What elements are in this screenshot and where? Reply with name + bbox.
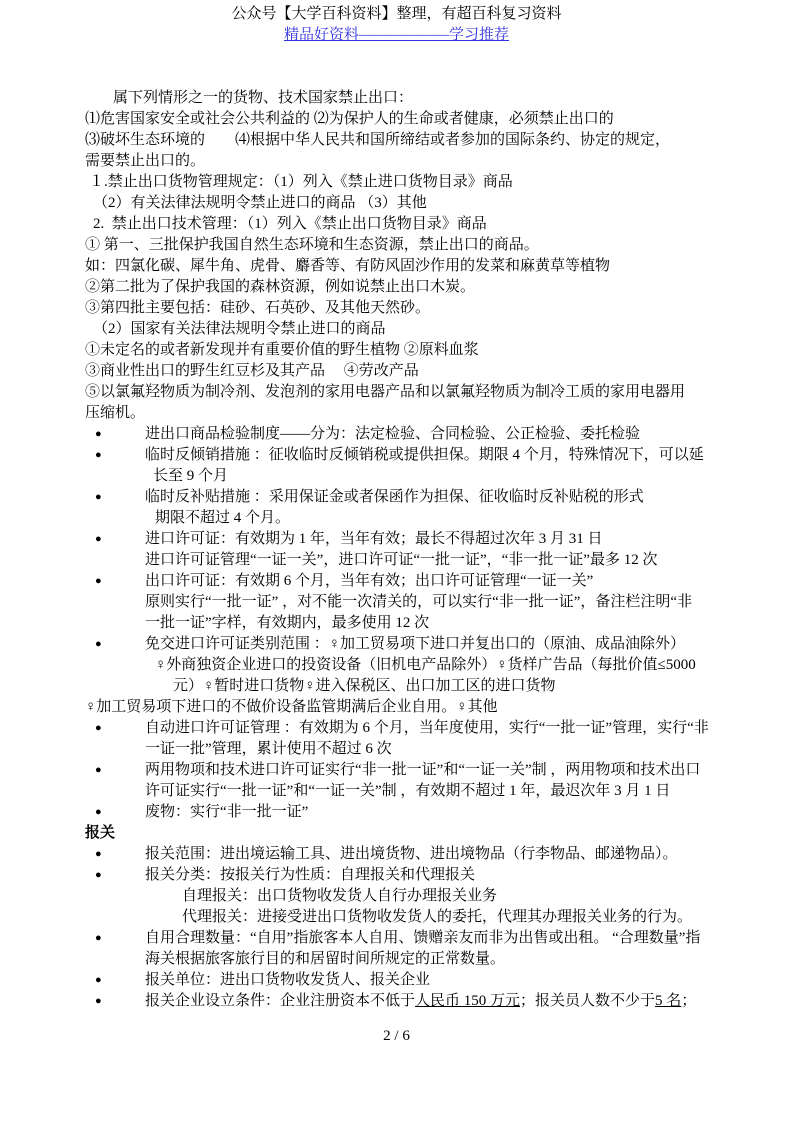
text-line: ●两用物项和技术进口许可证实行“非一批一证”和“一证一关”制 ，两用物项和技术出… bbox=[85, 760, 765, 781]
text-segment: 代理报关：进接受进出口货物收发货人的委托，代理其办理报关业务的行为。 bbox=[182, 909, 692, 925]
page-footer: 2 / 6 bbox=[0, 1026, 793, 1046]
text-line: 期限不超过 4 个月。 bbox=[85, 508, 765, 529]
text-segment: 免交进口许可证类别范围 ：♀加工贸易项下进口并复出口的（原油、成品油除外） bbox=[145, 636, 685, 652]
text-segment: 压缩机。 bbox=[85, 405, 145, 421]
text-segment: 进出口商品检验制度——分为：法定检验、合同检验、公正检验、委托检验 bbox=[145, 426, 640, 442]
text-line: ③第四批主要包括：硅砂、石英砂、及其他天然砂。 bbox=[85, 298, 765, 319]
text-line: ⑶破坏生态环境的 ⑷根据中华人民共和国所缔结或者参加的国际条约、协定的规定， bbox=[85, 130, 765, 151]
text-line: 原则实行“一批一证” ，对不能一次清关的，可以实行“非一批一证”，备注栏注明“非 bbox=[85, 592, 765, 613]
text-line: 自理报关：出口货物收发货人自行办理报关业务 bbox=[85, 886, 765, 907]
text-line: 报关 bbox=[85, 823, 765, 844]
bullet-icon: ● bbox=[95, 802, 145, 823]
text-segment: ♀外商独资企业进口的投资设备（旧机电产品除外）♀货样广告品（每批价值≤5000 bbox=[155, 657, 696, 673]
text-line: 如：四氯化碳、犀牛角、虎骨、麝香等、有防风固沙作用的发菜和麻黄草等植物 bbox=[85, 256, 765, 277]
text-segment: （2）有关法律法规明令禁止进口的商品 （3）其他 bbox=[93, 195, 427, 211]
bullet-icon: ● bbox=[95, 571, 145, 592]
text-line: 压缩机。 bbox=[85, 403, 765, 424]
text-segment: 报关企业设立条件：企业注册资本不低于 bbox=[145, 993, 415, 1009]
bullet-icon: ● bbox=[95, 424, 145, 445]
text-line: 海关根据旅客旅行目的和居留时间所规定的正常数量。 bbox=[85, 949, 765, 970]
bullet-icon: ● bbox=[95, 760, 145, 781]
text-line: 属下列情形之一的货物、技术国家禁止出口： bbox=[85, 88, 765, 109]
text-line: ●免交进口许可证类别范围 ：♀加工贸易项下进口并复出口的（原油、成品油除外） bbox=[85, 634, 765, 655]
text-line: （2）有关法律法规明令禁止进口的商品 （3）其他 bbox=[85, 193, 765, 214]
text-segment: 5 名 bbox=[655, 993, 681, 1009]
text-segment: 一证一批”管理，累计使用不超过 6 次 bbox=[145, 741, 392, 757]
header-link[interactable]: 精品好资料——————学习推荐 bbox=[284, 25, 509, 46]
text-segment: （2）国家有关法律法规明令禁止进口的商品 bbox=[93, 321, 386, 337]
text-segment: 两用物项和技术进口许可证实行“非一批一证”和“一证一关”制 ，两用物项和技术出口 bbox=[145, 762, 700, 778]
text-segment: 需要禁止出口的。 bbox=[85, 153, 205, 169]
bullet-icon: ● bbox=[95, 928, 145, 949]
text-segment: 自动进口许可证管理 ：有效期为 6 个月，当年度使用，实行“一批一证”管理，实行… bbox=[145, 720, 709, 736]
text-segment: 进口许可证管理“一证一关”，进口许可证“一批一证”，“非一批一证”最多 12 次 bbox=[145, 552, 657, 568]
text-segment: 出口许可证：有效期 6 个月，当年有效；出口许可证管理“一证一关” bbox=[145, 573, 593, 589]
header-title: 公众号【大学百科资料】整理，有超百科复习资料 bbox=[0, 4, 793, 25]
text-line: ●自用合理数量：“自用”指旅客本人自用、馈赠亲友而非为出售或出租。 “合理数量”… bbox=[85, 928, 765, 949]
document-body: 属下列情形之一的货物、技术国家禁止出口：⑴危害国家安全或社会公共利益的 ⑵为保护… bbox=[85, 88, 765, 1012]
text-segment: ②第二批为了保护我国的森林资源，例如说禁止出口木炭。 bbox=[85, 279, 475, 295]
text-line: ♀外商独资企业进口的投资设备（旧机电产品除外）♀货样广告品（每批价值≤5000 bbox=[85, 655, 765, 676]
text-line: ⑤以氯氟羟物质为制冷剂、发泡剂的家用电器产品和以氯氟羟物质为制冷工质的家用电器用 bbox=[85, 382, 765, 403]
text-segment: 长至 9 个月 bbox=[153, 468, 228, 484]
text-line: ●报关范围：进出境运输工具、进出境货物、进出境物品（行李物品、邮递物品）。 bbox=[85, 844, 765, 865]
text-segment: 进口许可证：有效期为 1 年，当年有效；最长不得超过次年 3 月 31 日 bbox=[145, 531, 603, 547]
text-line: 一批一证”字样，有效期内，最多使用 12 次 bbox=[85, 613, 765, 634]
bullet-icon: ● bbox=[95, 529, 145, 550]
text-line: 许可证实行“一批一证”和“一证一关”制 ，有效期不超过 1 年，最迟次年 3 月… bbox=[85, 781, 765, 802]
text-segment: 人民币 150 万元 bbox=[415, 993, 520, 1009]
text-line: ●报关企业设立条件：企业注册资本不低于人民币 150 万元；报关员人数不少于5 … bbox=[85, 991, 765, 1012]
text-line: 一证一批”管理，累计使用不超过 6 次 bbox=[85, 739, 765, 760]
text-segment: 报关范围：进出境运输工具、进出境货物、进出境物品（行李物品、邮递物品）。 bbox=[145, 846, 678, 862]
bullet-icon: ● bbox=[95, 634, 145, 655]
text-line: 2. 禁止出口技术管理：（1）列入《禁止出口货物目录》商品 bbox=[85, 214, 765, 235]
page-header: 公众号【大学百科资料】整理，有超百科复习资料 精品好资料——————学习推荐 bbox=[0, 4, 793, 46]
text-segment: ♀加工贸易项下进口的不做价设备监管期满后企业自用。♀其他 bbox=[85, 699, 498, 715]
text-segment: ① 第一、三批保护我国自然生态环境和生态资源，禁止出口的商品。 bbox=[85, 237, 539, 253]
text-segment: 属下列情形之一的货物、技术国家禁止出口： bbox=[113, 90, 413, 106]
bullet-icon: ● bbox=[95, 487, 145, 508]
text-line: ●报关单位：进出口货物收发货人、报关企业 bbox=[85, 970, 765, 991]
text-segment: 临时反倾销措施 ：征收临时反倾销税或提供担保。期限 4 个月，特殊情况下，可以延 bbox=[145, 447, 704, 463]
text-segment: ⑶破坏生态环境的 ⑷根据中华人民共和国所缔结或者参加的国际条约、协定的规定， bbox=[85, 132, 670, 148]
bullet-icon: ● bbox=[95, 718, 145, 739]
text-segment: 一批一证”字样，有效期内，最多使用 12 次 bbox=[145, 615, 429, 631]
text-segment: ⑤以氯氟羟物质为制冷剂、发泡剂的家用电器产品和以氯氟羟物质为制冷工质的家用电器用 bbox=[85, 384, 685, 400]
text-segment: １.禁止出口货物管理规定：（1）列入《禁止进口货物目录》商品 bbox=[89, 174, 513, 190]
bullet-icon: ● bbox=[95, 865, 145, 886]
text-line: 需要禁止出口的。 bbox=[85, 151, 765, 172]
text-segment: 报关 bbox=[85, 825, 115, 841]
text-line: （2）国家有关法律法规明令禁止进口的商品 bbox=[85, 319, 765, 340]
bullet-icon: ● bbox=[95, 991, 145, 1012]
text-line: ① 第一、三批保护我国自然生态环境和生态资源，禁止出口的商品。 bbox=[85, 235, 765, 256]
text-line: ②第二批为了保护我国的森林资源，例如说禁止出口木炭。 bbox=[85, 277, 765, 298]
text-segment: 报关单位：进出口货物收发货人、报关企业 bbox=[145, 972, 430, 988]
text-line: ♀加工贸易项下进口的不做价设备监管期满后企业自用。♀其他 bbox=[85, 697, 765, 718]
text-line: ●自动进口许可证管理 ：有效期为 6 个月，当年度使用，实行“一批一证”管理，实… bbox=[85, 718, 765, 739]
text-line: １.禁止出口货物管理规定：（1）列入《禁止进口货物目录》商品 bbox=[85, 172, 765, 193]
text-segment: 临时反补贴措施 ：采用保证金或者保函作为担保、征收临时反补贴税的形式 bbox=[145, 489, 644, 505]
document-page: 公众号【大学百科资料】整理，有超百科复习资料 精品好资料——————学习推荐 属… bbox=[0, 0, 793, 1122]
text-segment: 海关根据旅客旅行目的和居留时间所规定的正常数量。 bbox=[145, 951, 505, 967]
text-segment: 废物：实行“非一批一证” bbox=[145, 804, 308, 820]
text-line: ③商业性出口的野生红豆杉及其产品 ④劳改产品 bbox=[85, 361, 765, 382]
text-segment: 自理报关：出口货物收发货人自行办理报关业务 bbox=[182, 888, 497, 904]
text-segment: 自用合理数量：“自用”指旅客本人自用、馈赠亲友而非为出售或出租。 “合理数量”指 bbox=[145, 930, 700, 946]
text-line: 代理报关：进接受进出口货物收发货人的委托，代理其办理报关业务的行为。 bbox=[85, 907, 765, 928]
bullet-icon: ● bbox=[95, 844, 145, 865]
text-line: ●临时反倾销措施 ：征收临时反倾销税或提供担保。期限 4 个月，特殊情况下，可以… bbox=[85, 445, 765, 466]
text-line: 长至 9 个月 bbox=[85, 466, 765, 487]
text-segment: ； bbox=[681, 993, 696, 1009]
page-number: 2 / 6 bbox=[383, 1028, 410, 1044]
bullet-icon: ● bbox=[95, 445, 145, 466]
text-segment: ⑴危害国家安全或社会公共利益的 ⑵为保护人的生命或者健康，必须禁止出口的 bbox=[85, 111, 614, 127]
text-segment: ①未定名的或者新发现并有重要价值的野生植物 ②原料血浆 bbox=[85, 342, 479, 358]
text-line: ●出口许可证：有效期 6 个月，当年有效；出口许可证管理“一证一关” bbox=[85, 571, 765, 592]
text-segment: 期限不超过 4 个月。 bbox=[155, 510, 290, 526]
text-segment: ③商业性出口的野生红豆杉及其产品 ④劳改产品 bbox=[85, 363, 419, 379]
text-line: 元）♀暂时进口货物♀进入保税区、出口加工区的进口货物 bbox=[85, 676, 765, 697]
text-line: 进口许可证管理“一证一关”，进口许可证“一批一证”，“非一批一证”最多 12 次 bbox=[85, 550, 765, 571]
text-segment: 报关分类：按报关行为性质：自理报关和代理报关 bbox=[145, 867, 475, 883]
text-line: ①未定名的或者新发现并有重要价值的野生植物 ②原料血浆 bbox=[85, 340, 765, 361]
text-segment: ；报关员人数不少于 bbox=[520, 993, 655, 1009]
text-segment: 原则实行“一批一证” ，对不能一次清关的，可以实行“非一批一证”，备注栏注明“非 bbox=[145, 594, 692, 610]
text-segment: 许可证实行“一批一证”和“一证一关”制 ，有效期不超过 1 年，最迟次年 3 月… bbox=[145, 783, 670, 799]
bullet-icon: ● bbox=[95, 970, 145, 991]
text-line: ●进口许可证：有效期为 1 年，当年有效；最长不得超过次年 3 月 31 日 bbox=[85, 529, 765, 550]
text-line: ⑴危害国家安全或社会公共利益的 ⑵为保护人的生命或者健康，必须禁止出口的 bbox=[85, 109, 765, 130]
text-segment: ③第四批主要包括：硅砂、石英砂、及其他天然砂。 bbox=[85, 300, 430, 316]
text-line: ●临时反补贴措施 ：采用保证金或者保函作为担保、征收临时反补贴税的形式 bbox=[85, 487, 765, 508]
text-segment: 元）♀暂时进口货物♀进入保税区、出口加工区的进口货物 bbox=[173, 678, 556, 694]
text-line: ●进出口商品检验制度——分为：法定检验、合同检验、公正检验、委托检验 bbox=[85, 424, 765, 445]
text-segment: 如：四氯化碳、犀牛角、虎骨、麝香等、有防风固沙作用的发菜和麻黄草等植物 bbox=[85, 258, 610, 274]
text-line: ●报关分类：按报关行为性质：自理报关和代理报关 bbox=[85, 865, 765, 886]
text-line: ●废物：实行“非一批一证” bbox=[85, 802, 765, 823]
text-segment: 2. 禁止出口技术管理：（1）列入《禁止出口货物目录》商品 bbox=[93, 216, 487, 232]
